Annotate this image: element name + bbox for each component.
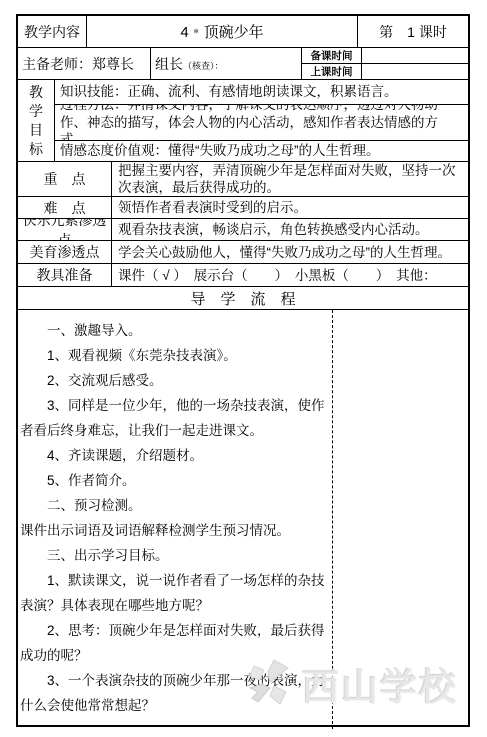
teaching-content-label: 教学内容	[18, 16, 87, 47]
objectives-label-char: 目	[29, 121, 43, 140]
flow-step: 1、默读课文，说一说作者看了一场怎样的杂技表演？具体表现在哪些地方呢？	[20, 568, 329, 618]
objective-knowledge-skills: 知识技能：正确、流利、有感情地朗读课文，积累语言。	[55, 80, 468, 105]
flow-step: 3、一个表演杂技的顶碗少年那一夜的表演，为什么会使他常常想起？	[20, 668, 329, 718]
group-leader-text: 组长	[155, 54, 183, 74]
key-point-label: 重 点	[18, 162, 112, 196]
key-point-row: 重 点 把握主要内容，弄清顶碗少年是怎样面对失败，坚持一次次表演，最后获得成功的…	[18, 162, 468, 197]
guided-learning-flow-title: 导 学 流 程	[18, 287, 468, 310]
flow-step: 二、预习检测。	[20, 493, 329, 518]
difficult-point-text: 领悟作者看表演时受到的启示。	[112, 197, 468, 218]
happy-element-row: 快乐元素渗透点 观看杂技表演，畅谈启示，角色转换感受内心活动。	[18, 219, 468, 241]
notes-column-divider	[332, 310, 333, 729]
key-point-text: 把握主要内容，弄清顶碗少年是怎样面对失败，坚持一次次表演，最后获得成功的。	[112, 162, 468, 196]
flow-step: 3、同样是一位少年，他的一场杂技表演，使作者看后终身难忘，让我们一起走进课文。	[20, 393, 329, 443]
time-values-column	[362, 48, 468, 79]
flow-steps: 一、激趣导入。 1、观看视频《东莞杂技表演》。 2、交流观后感受。 3、同样是一…	[18, 310, 332, 729]
period-label: 第 1 课时	[358, 16, 468, 47]
happy-element-text: 观看杂技表演，畅谈启示，角色转换感受内心活动。	[112, 219, 468, 240]
flow-step: 一、激趣导入。	[20, 318, 329, 343]
objective-process-method: 过程方法：弄清课文内容，了解课文的表达顺序，透过对人物动作、神态的描写，体会人物…	[55, 105, 468, 142]
flow-step: 2、思考：顶碗少年是怎样面对失败，最后获得成功的呢？	[20, 618, 329, 668]
difficult-point-label: 难 点	[18, 197, 112, 218]
flow-step: 1、观看视频《东莞杂技表演》。	[20, 343, 329, 368]
prep-time-value	[362, 48, 468, 64]
teaching-aids-label: 教具准备	[18, 264, 112, 286]
aesthetic-row: 美育渗透点 学会关心鼓励他人，懂得“失败乃成功之母”的人生哲理。	[18, 241, 468, 264]
time-labels-column: 备课时间 上课时间	[302, 48, 362, 79]
teaching-aids-text: 课件（ √ ） 展示台（ ） 小黑板（ ） 其他：	[112, 264, 468, 286]
flow-step: 4、齐读课题，介绍题材。	[20, 443, 329, 468]
header-row-2: 主备老师：郑尊长 组长 （核查）： 备课时间 上课时间	[18, 48, 468, 80]
happy-element-label: 快乐元素渗透点	[18, 219, 112, 240]
flow-step: 2、交流观后感受。	[20, 368, 329, 393]
flow-content-area: 一、激趣导入。 1、观看视频《东莞杂技表演》。 2、交流观后感受。 3、同样是一…	[18, 310, 468, 729]
group-leader-label: 组长 （核查）：	[151, 48, 302, 79]
difficult-point-row: 难 点 领悟作者看表演时受到的启示。	[18, 197, 468, 219]
header-row-1: 教学内容 4﹡顶碗少年 第 1 课时	[18, 16, 468, 48]
flow-step: 5、作者简介。	[20, 468, 329, 493]
objectives-label-char: 标	[29, 140, 43, 159]
class-time-label: 上课时间	[302, 64, 361, 79]
lesson-plan-table: 教学内容 4﹡顶碗少年 第 1 课时 主备老师：郑尊长 组长 （核查）： 备课时…	[16, 14, 470, 727]
group-leader-note: （核查）：	[183, 56, 224, 72]
teaching-aids-row: 教具准备 课件（ √ ） 展示台（ ） 小黑板（ ） 其他：	[18, 264, 468, 287]
objectives-label: 教 学 目 标	[18, 80, 55, 161]
objectives-row: 教 学 目 标 知识技能：正确、流利、有感情地朗读课文，积累语言。 过程方法：弄…	[18, 80, 468, 162]
objectives-label-char: 学	[29, 102, 43, 121]
aesthetic-text: 学会关心鼓励他人，懂得“失败乃成功之母”的人生哲理。	[112, 241, 468, 263]
flow-step: 课件出示词语及词语解释检测学生预习情况。	[20, 518, 329, 543]
prep-time-label: 备课时间	[302, 48, 361, 64]
lesson-title: 4﹡顶碗少年	[87, 16, 358, 47]
class-time-value	[362, 64, 468, 79]
main-teacher-label: 主备老师：郑尊长	[18, 48, 151, 79]
aesthetic-label: 美育渗透点	[18, 241, 112, 263]
objectives-label-char: 教	[29, 83, 43, 102]
objectives-content: 知识技能：正确、流利、有感情地朗读课文，积累语言。 过程方法：弄清课文内容，了解…	[55, 80, 468, 161]
objective-emotion-values: 情感态度价值观：懂得“失败乃成功之母”的人生哲理。	[55, 141, 468, 161]
flow-step: 三、出示学习目标。	[20, 543, 329, 568]
